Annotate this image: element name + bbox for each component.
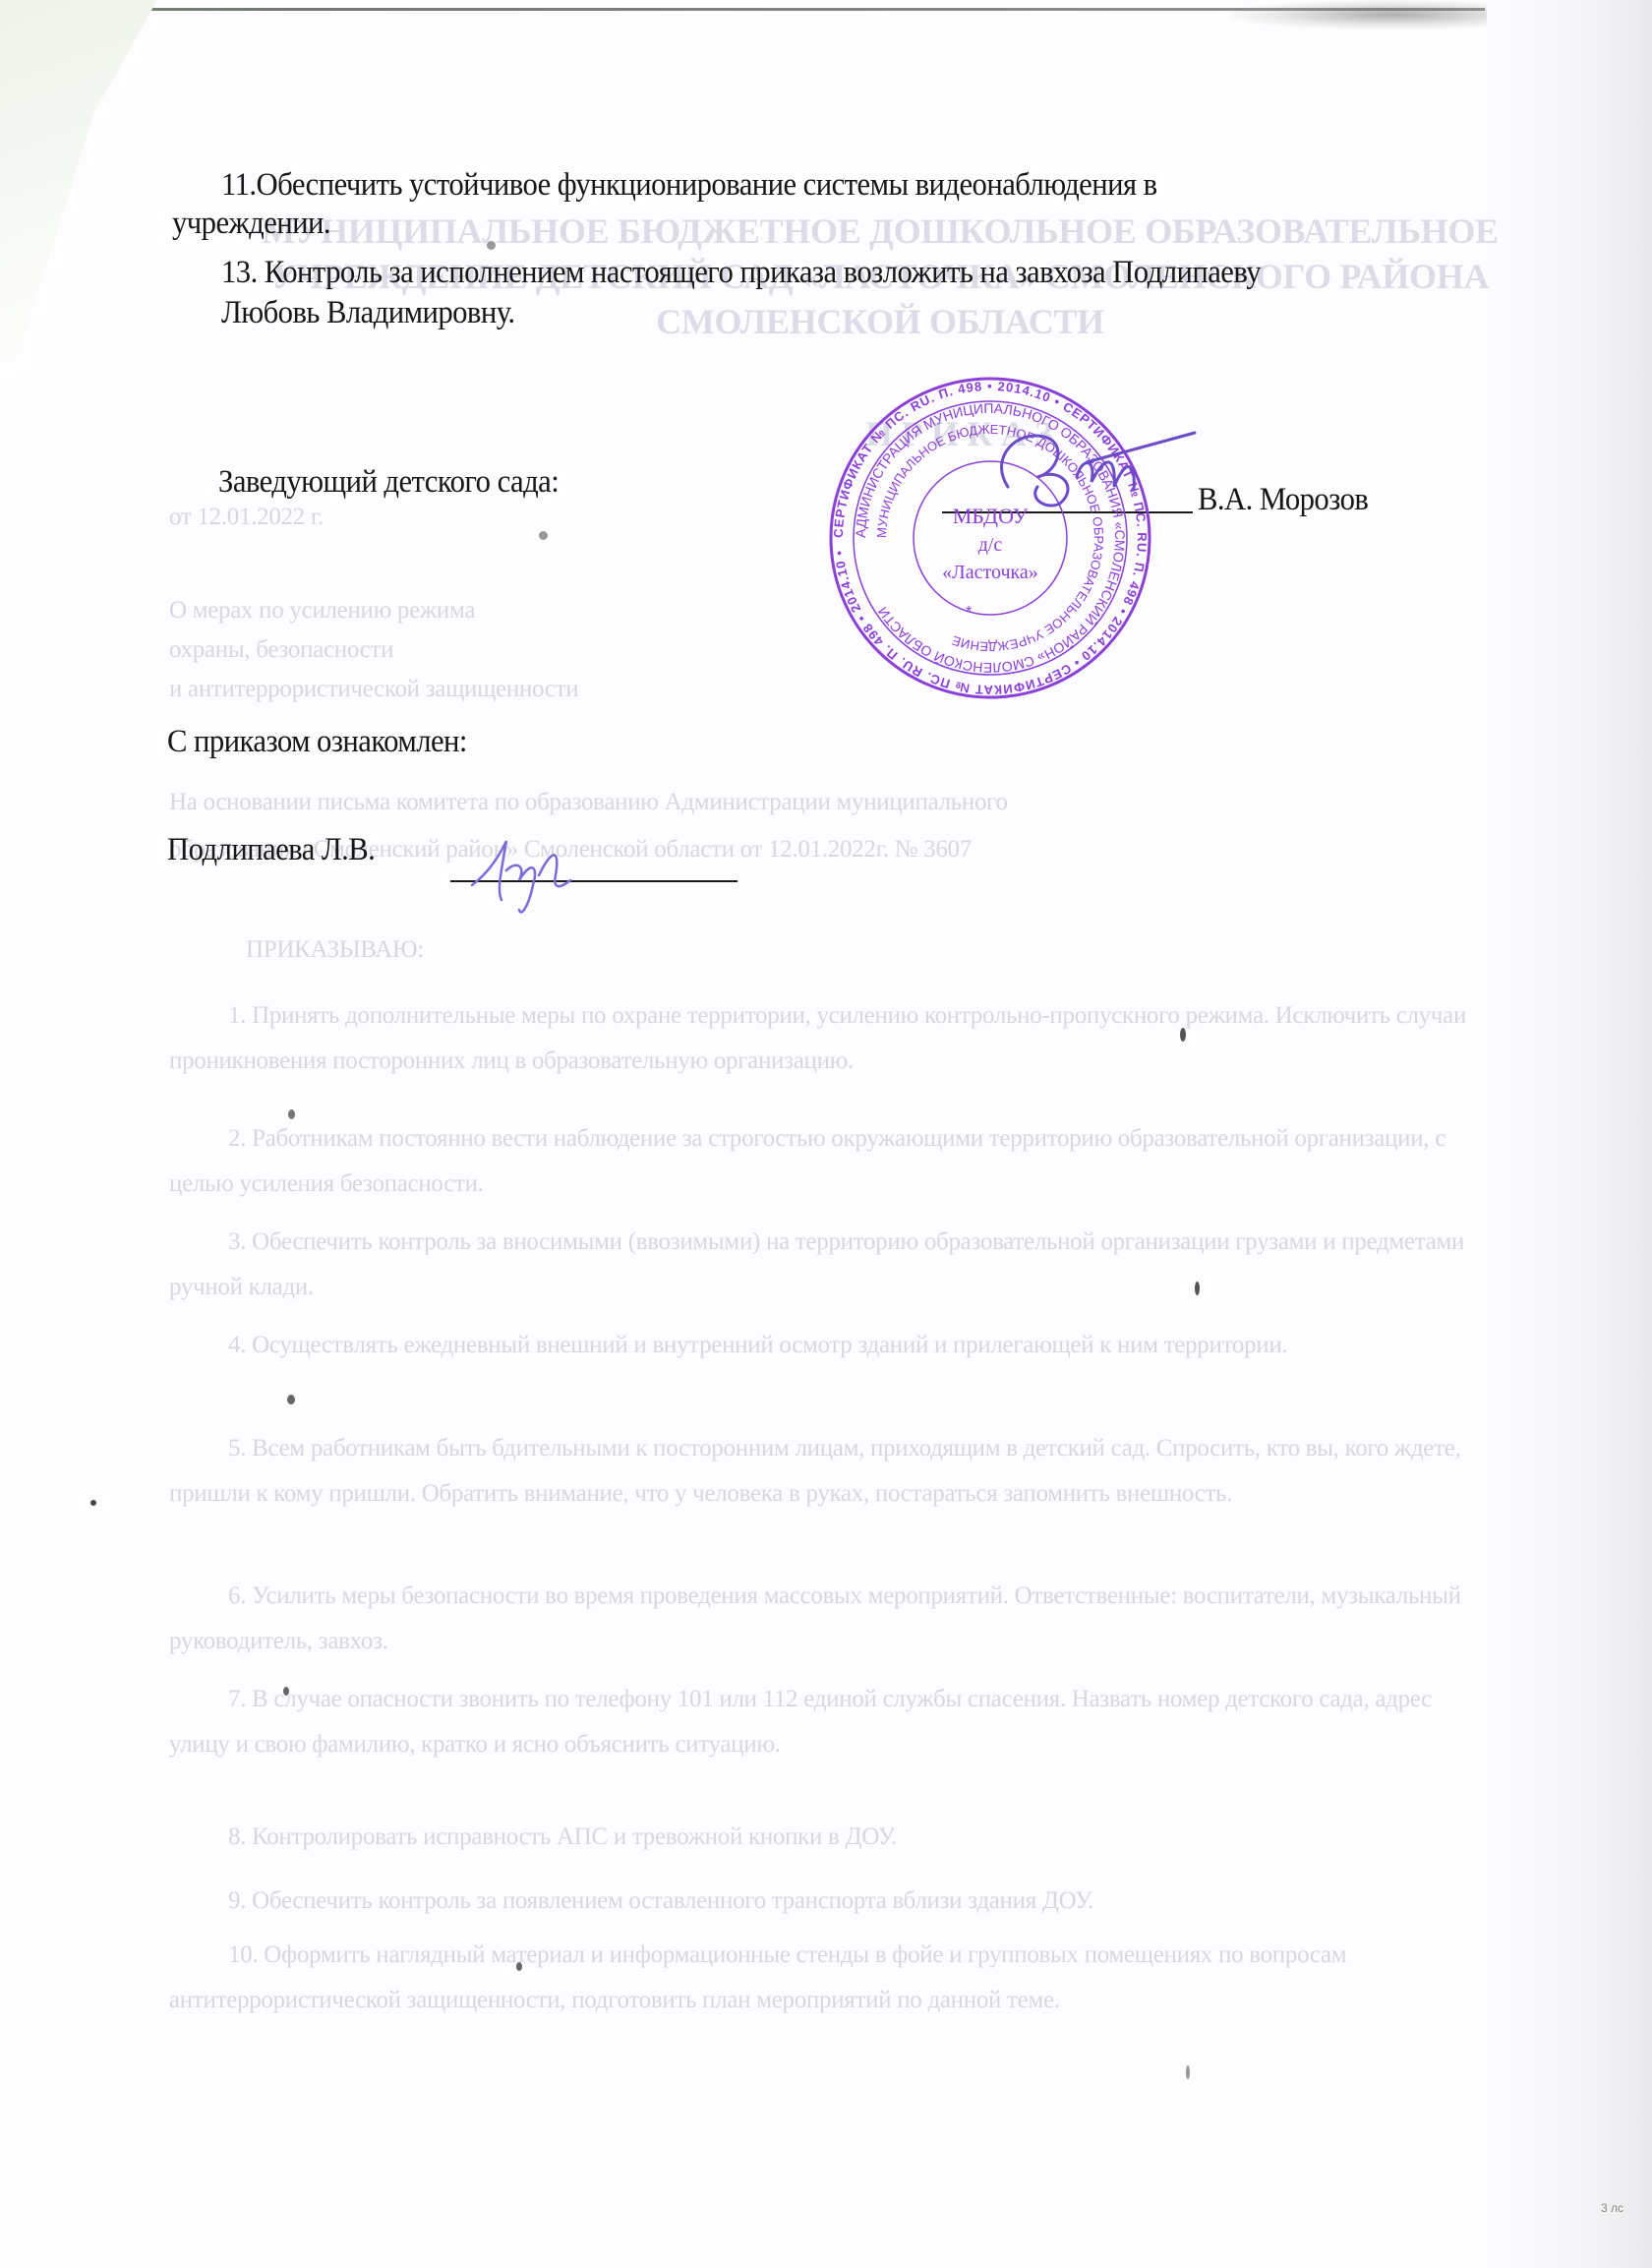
acknowledged-by-name: Подлипаева Л.В. xyxy=(167,830,375,870)
bleed-point-1: 1. Принять дополнительные меры по охране… xyxy=(169,993,1487,1084)
item-13-line-2: Любовь Владимировну. xyxy=(221,293,515,333)
dust-speck xyxy=(487,241,496,250)
item-11-line-2: учреждении. xyxy=(172,204,330,244)
bleed-subject-3: и антитеррористической защищенности xyxy=(169,674,578,706)
bleed-point-7: 7. В случае опасности звонить по телефон… xyxy=(169,1677,1487,1767)
folded-corner xyxy=(0,0,157,374)
dust-speck xyxy=(283,1687,289,1696)
dust-speck xyxy=(539,531,548,540)
director-name: В.А. Морозов xyxy=(1198,480,1368,520)
director-signature xyxy=(969,418,1205,526)
bleed-point-8: 8. Контролировать исправность АПС и трев… xyxy=(169,1815,1487,1860)
item-13-line-1: 13. Контроль за исполнением настоящего п… xyxy=(221,253,1261,293)
bleed-point-2: 2. Работникам постоянно вести наблюдение… xyxy=(169,1116,1487,1207)
bleed-basis-1: На основании письма комитета по образова… xyxy=(169,787,1008,819)
stamp-center-2: д/с xyxy=(978,534,1003,556)
scanned-page: МУНИЦИПАЛЬНОЕ БЮДЖЕТНОЕ ДОШКОЛЬНОЕ ОБРАЗ… xyxy=(0,0,1652,2268)
item-11-line-1: 11.Обеспечить устойчивое функционировани… xyxy=(221,165,1157,206)
bleed-point-4: 4. Осуществлять ежедневный внешний и вну… xyxy=(169,1323,1487,1368)
bleed-point-5: 5. Всем работникам быть бдительными к по… xyxy=(169,1426,1487,1517)
bleed-subject-1: О мерах по усилению режима xyxy=(169,595,475,627)
dust-speck xyxy=(516,1962,522,1971)
item-text: Обеспечить устойчивое функционирование с… xyxy=(257,167,1157,203)
dust-speck xyxy=(1180,1028,1186,1042)
bleed-heading-1: МУНИЦИПАЛЬНОЕ БЮДЖЕТНОЕ ДОШКОЛЬНОЕ ОБРАЗ… xyxy=(216,209,1544,255)
bleed-subject-2: охраны, безопасности xyxy=(169,634,393,667)
dust-speck xyxy=(287,1395,295,1404)
bleed-date: от 12.01.2022 г. xyxy=(169,502,324,534)
scan-right-edge xyxy=(1487,0,1652,2268)
bleed-point-10: 10. Оформить наглядный материал и информ… xyxy=(169,1933,1487,2023)
item-number: 13. xyxy=(221,255,258,290)
dust-speck xyxy=(90,1500,96,1506)
bleed-point-6: 6. Усилить меры безопасности во время пр… xyxy=(169,1574,1487,1664)
bleed-point-3: 3. Обеспечить контроль за вносимыми (вво… xyxy=(169,1220,1487,1310)
dust-speck xyxy=(288,1109,295,1119)
director-role: Заведующий детского сада: xyxy=(218,462,559,503)
svg-text:*: * xyxy=(966,604,972,621)
item-number: 11. xyxy=(221,167,257,203)
stamp-center-3: «Ласточка» xyxy=(942,562,1038,583)
bleed-decree: ПРИКАЗЫВАЮ: xyxy=(246,934,424,967)
dust-speck xyxy=(1186,2065,1190,2079)
item-text: Контроль за исполнением настоящего прика… xyxy=(265,255,1261,290)
acknowledgement-signature xyxy=(462,831,580,920)
dust-speck xyxy=(1195,1282,1200,1295)
acknowledgement-label: С приказом ознакомлен: xyxy=(167,722,467,762)
bleed-point-9: 9. Обеспечить контроль за появлением ост… xyxy=(169,1879,1487,1924)
corner-note: 3 лс xyxy=(1601,2201,1623,2215)
